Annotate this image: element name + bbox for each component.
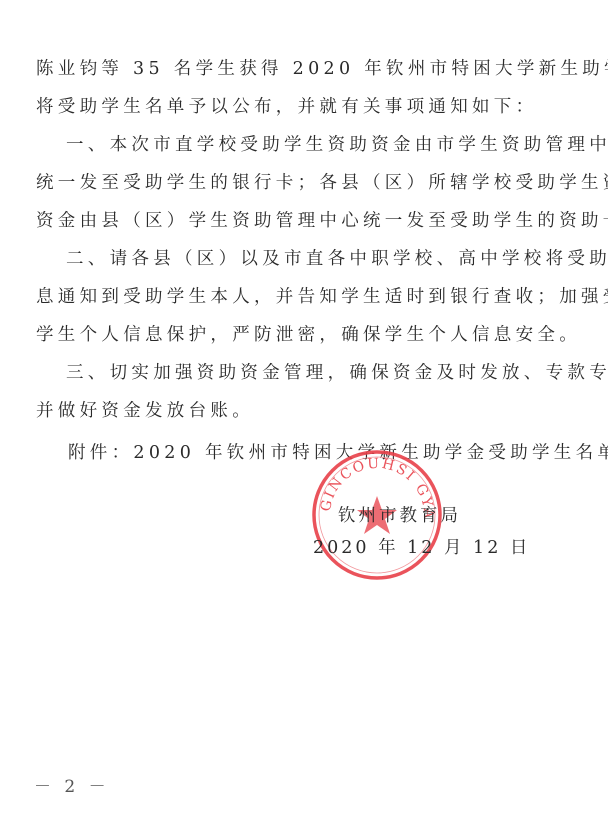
item-3-line-2: 并做好资金发放台账。 (36, 400, 254, 422)
item-1-line-3: 资金由县（区）学生资助管理中心统一发至受助学生的资助卡。 (36, 210, 608, 232)
signature-org: 钦州市教育局 (338, 502, 461, 527)
item-2-line-3: 学生个人信息保护，严防泄密，确保学生个人信息安全。 (36, 324, 581, 346)
item-2-line-1: 二、请各县（区）以及市直各中职学校、高中学校将受助信 (66, 248, 608, 270)
paragraph-intro-line-1: 陈业钧等 35 名学生获得 2020 年钦州市特困大学新生助学金。现 (36, 58, 608, 80)
signature-date: 2020 年 12 月 12 日 (313, 534, 530, 559)
item-2-line-2: 息通知到受助学生本人，并告知学生适时到银行查收；加强受助 (36, 286, 608, 308)
item-1-line-2: 统一发至受助学生的银行卡；各县（区）所辖学校受助学生资助 (36, 172, 608, 194)
paragraph-intro-line-2: 将受助学生名单予以公布，并就有关事项通知如下： (36, 96, 537, 118)
page-number: － 2 － (34, 772, 110, 797)
item-1-line-1: 一、本次市直学校受助学生资助资金由市学生资助管理中心 (66, 134, 608, 156)
item-3-line-1: 三、切实加强资助资金管理，确保资金及时发放、专款专用， (66, 362, 608, 384)
